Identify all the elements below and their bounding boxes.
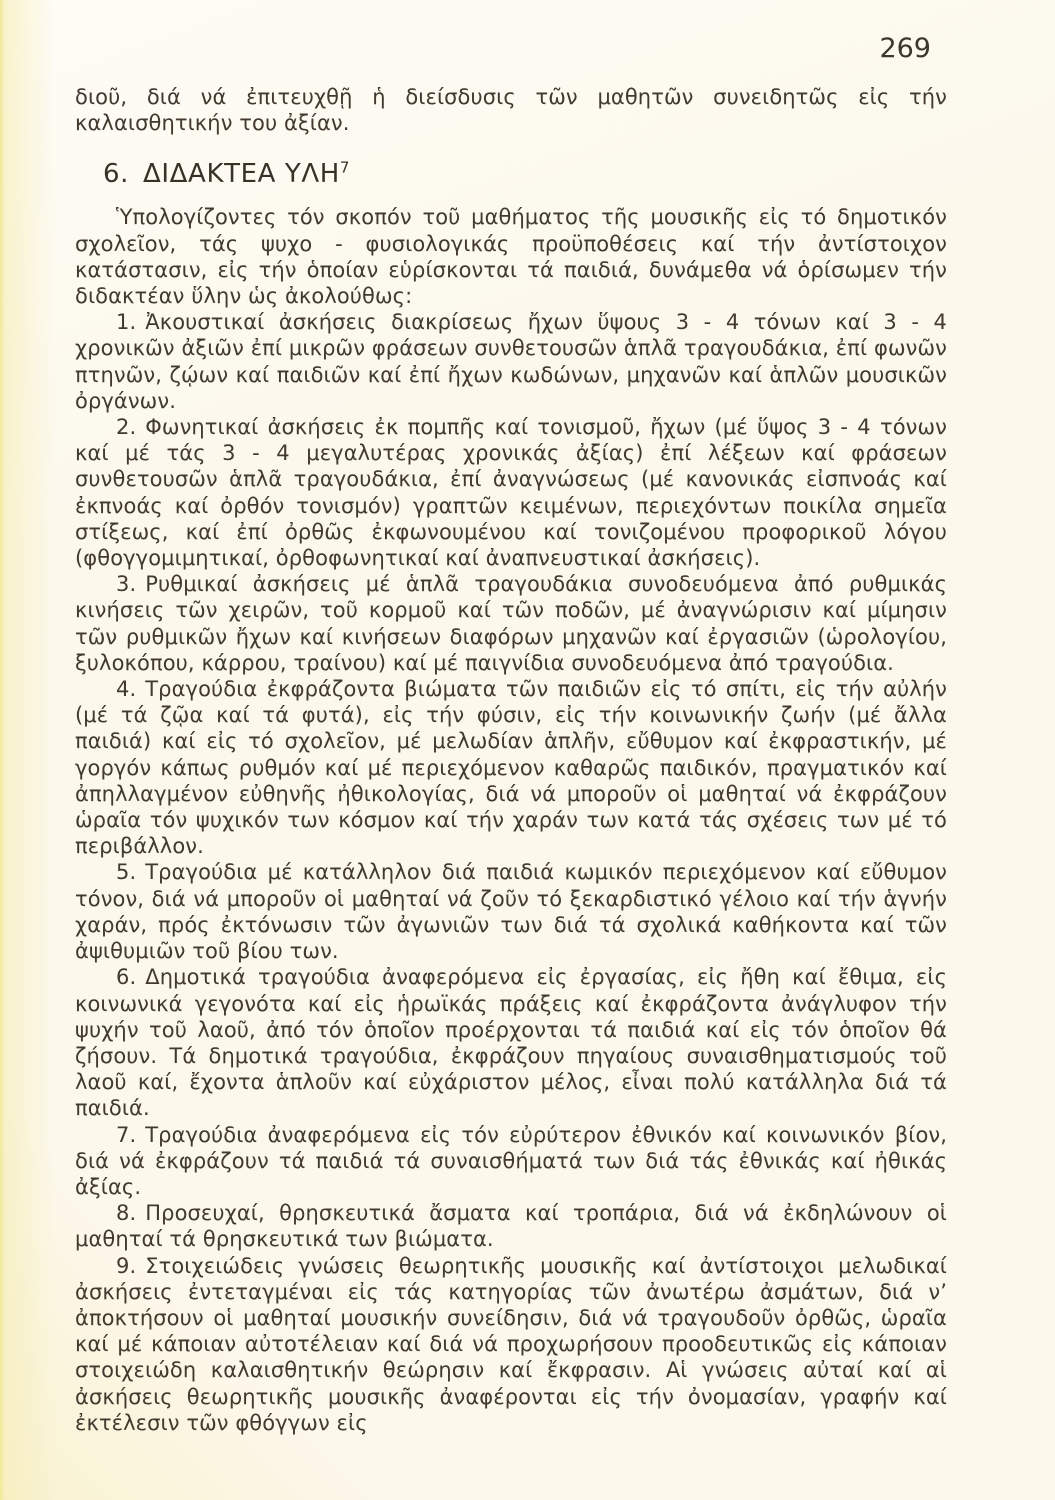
item-number: 3. <box>116 572 136 596</box>
scanned-book-page: 269 διοῦ, διά νά ἐπιτευχθῇ ἡ διείσδυσις … <box>0 0 1055 1500</box>
item-number: 9. <box>116 1254 136 1278</box>
list-item-8: 8.Προσευχαί, θρησκευτικά ἄσματα καί τροπ… <box>75 1200 947 1252</box>
item-number: 1. <box>116 310 136 334</box>
section-heading-number: 6. <box>103 159 129 189</box>
footnote-reference: 7 <box>340 159 350 177</box>
item-number: 6. <box>116 965 136 989</box>
item-text: Τραγούδια ἐκφράζοντα βιώματα τῶν παιδιῶν… <box>75 677 947 858</box>
item-text: Δημοτικά τραγούδια ἀναφερόμενα εἰς ἐργασ… <box>75 965 947 1120</box>
item-text: Προσευχαί, θρησκευτικά ἄσματα καί τροπάρ… <box>75 1201 947 1251</box>
item-text: Φωνητικαί ἀσκήσεις ἐκ πομπῆς καί τονισμο… <box>75 415 947 570</box>
section-heading: 6.ΔΙΔΑΚΤΕΑ ΥΛΗ7 <box>103 159 947 189</box>
list-item-2: 2.Φωνητικαί ἀσκήσεις ἐκ πομπῆς καί τονισ… <box>75 414 947 571</box>
item-text: Ρυθμικαί ἀσκήσεις μέ ἁπλᾶ τραγουδάκια συ… <box>75 572 947 675</box>
list-item-3: 3.Ρυθμικαί ἀσκήσεις μέ ἁπλᾶ τραγουδάκια … <box>75 571 947 676</box>
section-heading-title: ΔΙΔΑΚΤΕΑ ΥΛΗ <box>143 159 340 189</box>
list-item-4: 4.Τραγούδια ἐκφράζοντα βιώματα τῶν παιδι… <box>75 676 947 859</box>
list-item-6: 6.Δημοτικά τραγούδια ἀναφερόμενα εἰς ἐργ… <box>75 964 947 1121</box>
item-number: 2. <box>116 415 136 439</box>
item-text: Ἀκουστικαί ἀσκήσεις διακρίσεως ἤχων ὕψου… <box>75 310 947 413</box>
list-item-9: 9.Στοιχειώδεις γνώσεις θεωρητικῆς μουσικ… <box>75 1253 947 1436</box>
item-number: 4. <box>116 677 136 701</box>
list-item-1: 1.Ἀκουστικαί ἀσκήσεις διακρίσεως ἤχων ὕψ… <box>75 309 947 414</box>
item-number: 8. <box>116 1201 136 1225</box>
item-text: Τραγούδια ἀναφερόμενα εἰς τόν εὐρύτερον … <box>75 1123 947 1199</box>
continuation-paragraph: διοῦ, διά νά ἐπιτευχθῇ ἡ διείσδυσις τῶν … <box>75 84 947 136</box>
page-number: 269 <box>879 34 931 64</box>
item-text: Τραγούδια μέ κατάλληλον διά παιδιά κωμικ… <box>75 860 947 963</box>
item-text: Στοιχειώδεις γνώσεις θεωρητικῆς μουσικῆς… <box>75 1254 947 1435</box>
list-item-7: 7.Τραγούδια ἀναφερόμενα εἰς τόν εὐρύτερο… <box>75 1122 947 1201</box>
list-item-5: 5.Τραγούδια μέ κατάλληλον διά παιδιά κωμ… <box>75 859 947 964</box>
item-number: 7. <box>116 1123 136 1147</box>
page-content: διοῦ, διά νά ἐπιτευχθῇ ἡ διείσδυσις τῶν … <box>75 84 947 1436</box>
intro-paragraph: Ὑπολογίζοντες τόν σκοπόν τοῦ μαθήματος τ… <box>75 204 947 309</box>
item-number: 5. <box>116 860 136 884</box>
